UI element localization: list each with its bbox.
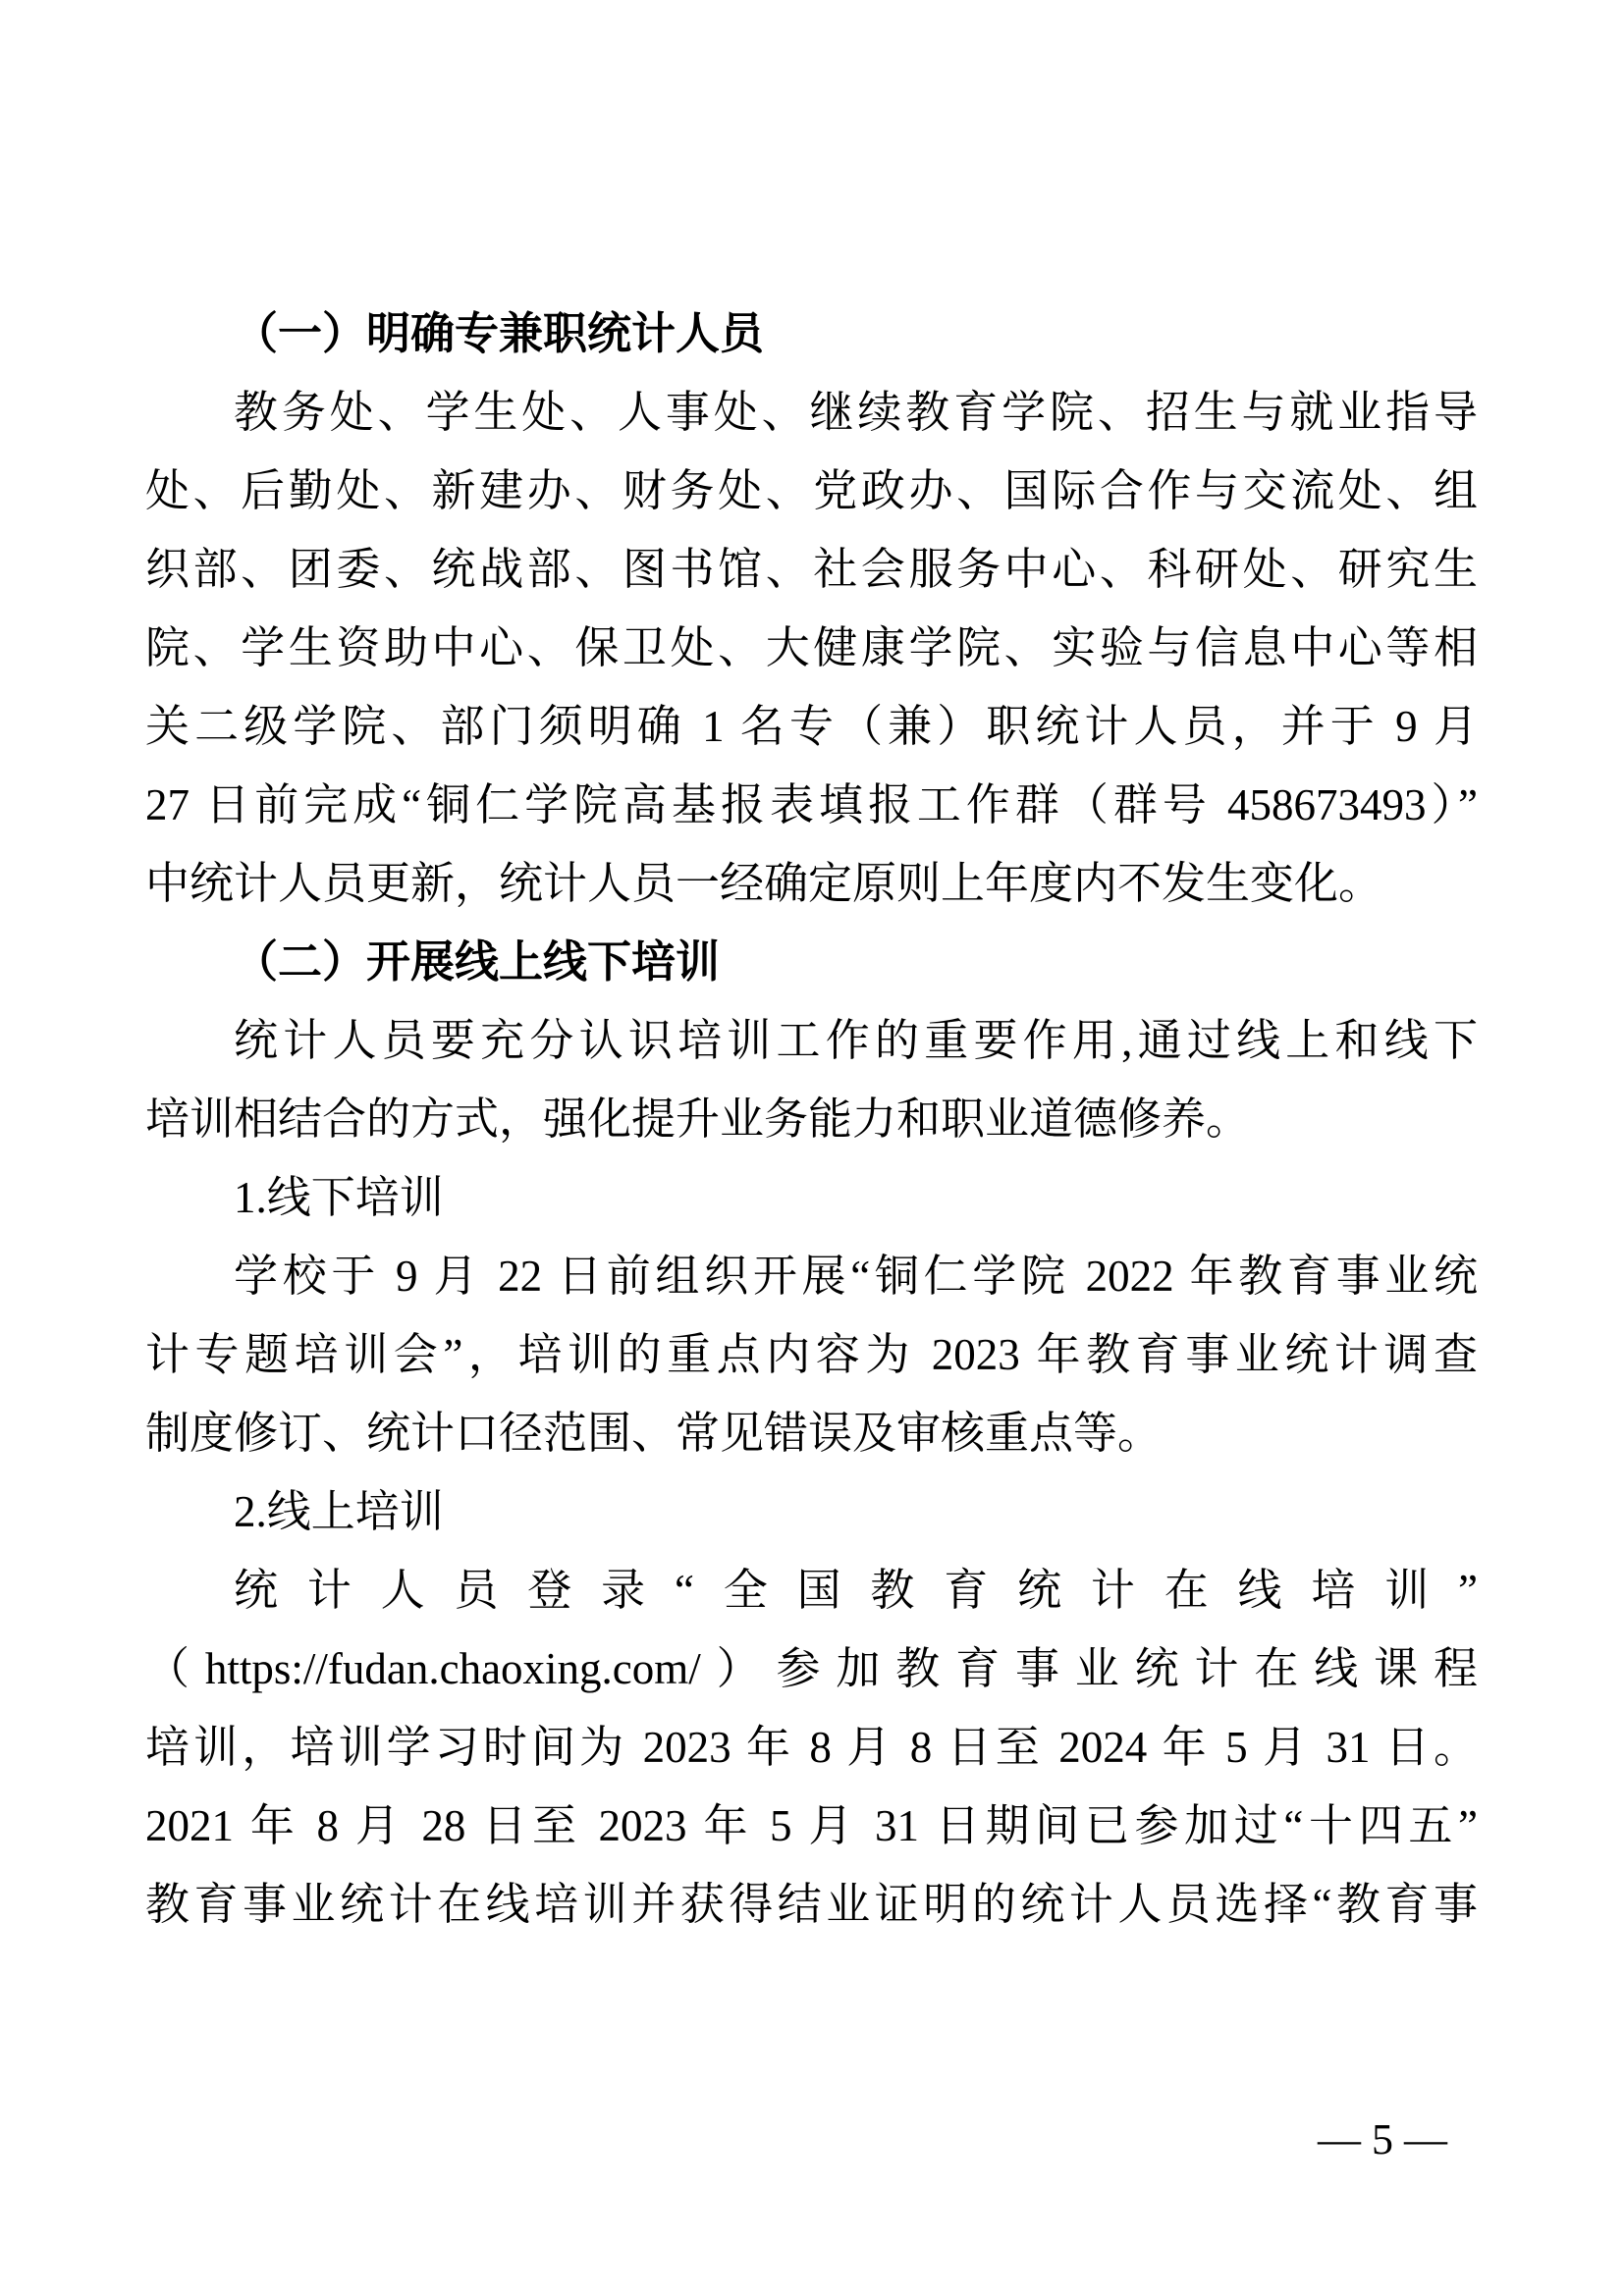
paragraph1-line6: 27 日前完成“铜仁学院高基报表填报工作群（群号 458673493）” (145, 766, 1478, 844)
paragraph4-line2: （https://fudan.chaoxing.com/）参加教育事业统计在线课… (145, 1629, 1478, 1708)
paragraph4-line1: 统计人员登录“全国教育统计在线培训” (145, 1551, 1478, 1629)
paragraph2-line2: 培训相结合的方式，强化提升业务能力和职业道德修养。 (145, 1080, 1478, 1158)
paragraph1-line3: 织部、团委、统战部、图书馆、社会服务中心、科研处、研究生 (145, 530, 1478, 609)
paragraph1-line2: 处、后勤处、新建办、财务处、党政办、国际合作与交流处、组 (145, 452, 1478, 530)
section-heading-2: （二）开展线上线下培训 (145, 923, 1478, 1001)
subsection-heading-offline-training: 1.线下培训 (145, 1158, 1478, 1237)
document-page: （一）明确专兼职统计人员 教务处、学生处、人事处、继续教育学院、招生与就业指导 … (0, 0, 1624, 2296)
paragraph1-line5: 关二级学院、部门须明确 1 名专（兼）职统计人员，并于 9 月 (145, 687, 1478, 766)
paragraph4-line4: 2021 年 8 月 28 日至 2023 年 5 月 31 日期间已参加过“十… (145, 1787, 1478, 1865)
paragraph1-line1: 教务处、学生处、人事处、继续教育学院、招生与就业指导 (145, 373, 1478, 452)
subsection-heading-online-training: 2.线上培训 (145, 1472, 1478, 1551)
section-heading-1: （一）明确专兼职统计人员 (145, 294, 1478, 373)
paragraph1-line7: 中统计人员更新，统计人员一经确定原则上年度内不发生变化。 (145, 844, 1478, 923)
paragraph3-line3: 制度修订、统计口径范围、常见错误及审核重点等。 (145, 1394, 1478, 1472)
paragraph2-line1: 统计人员要充分认识培训工作的重要作用,通过线上和线下 (145, 1001, 1478, 1080)
document-content: （一）明确专兼职统计人员 教务处、学生处、人事处、继续教育学院、招生与就业指导 … (145, 294, 1478, 1944)
paragraph1-line4: 院、学生资助中心、保卫处、大健康学院、实验与信息中心等相 (145, 609, 1478, 687)
paragraph3-line2: 计专题培训会”，培训的重点内容为 2023 年教育事业统计调查 (145, 1315, 1478, 1394)
page-number: — 5 — (1318, 2110, 1447, 2169)
paragraph3-line1: 学校于 9 月 22 日前组织开展“铜仁学院 2022 年教育事业统 (145, 1237, 1478, 1315)
paragraph4-line5: 教育事业统计在线培训并获得结业证明的统计人员选择“教育事 (145, 1865, 1478, 1944)
paragraph4-line3: 培训，培训学习时间为 2023 年 8 月 8 日至 2024 年 5 月 31… (145, 1708, 1478, 1787)
